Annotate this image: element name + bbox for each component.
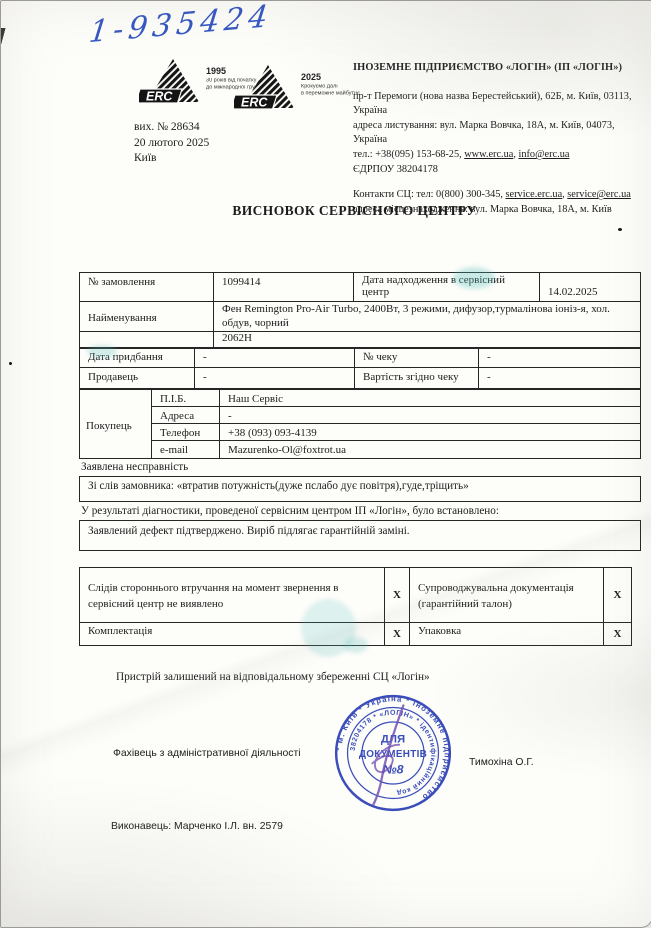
storage-note: Пристрій залишений на відповідальному зб… <box>116 671 430 683</box>
buyer-fullname-label: П.І.Б. <box>152 390 220 407</box>
buyer-email-value: Mazurenko-Ol@foxtrot.ua <box>220 441 640 458</box>
document-title: ВИСНОВОК СЕРВІСНОГО ЦЕНТРУ <box>1 203 651 219</box>
documentation-label: Супроводжувальна документація (гарантійн… <box>410 568 604 623</box>
packaging-mark: X <box>604 623 631 645</box>
buyer-address-value: - <box>220 407 640 424</box>
company-stamp: * м. Київ * Україна * іноземне підприємс… <box>331 691 455 815</box>
logo-caption-line: Крокуємо далі <box>301 84 360 90</box>
diagnostics-heading: У результаті діагностики, проведеної сер… <box>81 505 499 517</box>
link-info-email: info@erc.ua <box>518 149 569 160</box>
erc-logo-2025: ERC 2025 Крокуємо далі в переможне майбу… <box>234 64 365 116</box>
buyer-label: Покупець <box>80 390 152 458</box>
scan-speck <box>9 362 12 365</box>
product-name-value: Фен Remington Pro-Air Turbo, 2400Вт, 3 р… <box>214 302 640 332</box>
check-number-label: № чеку <box>355 348 479 368</box>
link-service-email: service@erc.ua <box>567 189 631 200</box>
claimed-defect-box: Зі слів замовника: «втратив потужність(д… <box>79 476 641 502</box>
executor-line: Виконавець: Марченко І.Л. вн. 2579 <box>111 821 283 832</box>
product-model-value: 2062H <box>214 332 640 348</box>
buyer-fullname-value: Наш Сервіс <box>220 390 640 407</box>
ref-city: Київ <box>134 151 209 167</box>
check-number-value: - <box>479 348 640 368</box>
erc-logo-text: ERC <box>241 96 268 110</box>
link-service-site: service.erc.ua <box>506 189 563 200</box>
scan-speck <box>618 228 622 231</box>
product-name-label: Найменування <box>80 302 214 332</box>
erc-logo-text: ERC <box>146 90 173 104</box>
ink-smudge <box>453 267 495 289</box>
specialist-name: Тимохіна О.Г. <box>469 757 534 768</box>
ref-number: вих. № 28634 <box>134 120 209 136</box>
packaging-label: Упаковка <box>410 623 604 645</box>
seller-label: Продавець <box>80 368 195 388</box>
purchase-date-value: - <box>195 348 355 368</box>
received-date-label: Дата надходження в сервісний центр <box>354 273 540 302</box>
sc-contacts-line: Контакти СЦ: тел: 0(800) 300-345, <box>353 189 506 200</box>
checks-table: Слідів стороннього втручання на момент з… <box>79 567 632 646</box>
handwritten-case-number: 1-935424 <box>87 0 274 50</box>
company-header: ІНОЗЕМНЕ ПІДПРИЄМСТВО «ЛОГІН» (ІП «ЛОГІН… <box>353 61 645 217</box>
order-number-label: № замовлення <box>80 273 214 302</box>
address-line-2: адреса листування: вул. Марка Вовчка, 18… <box>353 120 615 146</box>
no-tampering-mark: X <box>385 568 410 623</box>
documentation-mark: X <box>604 568 631 623</box>
buyer-address-label: Адреса <box>152 407 220 424</box>
buyer-phone-value: +38 (093) 093-4139 <box>220 424 640 441</box>
order-number-value: 1099414 <box>214 273 354 302</box>
company-name: ІНОЗЕМНЕ ПІДПРИЄМСТВО «ЛОГІН» (ІП «ЛОГІН… <box>353 61 645 76</box>
order-table: № замовлення 1099414 Дата надходження в … <box>79 272 641 349</box>
erc-triangle-icon: ERC <box>234 64 296 116</box>
document-page: 1-935424 ERC 1995 30 років від початку д… <box>0 0 651 928</box>
check-cost-value: - <box>479 368 640 388</box>
phone-line: тел.: +38(095) 153-68-25, <box>353 149 464 160</box>
specialist-title: Фахівець з адміністративної діяльності <box>113 748 301 759</box>
purchase-table: Дата придбання - № чеку - Продавець - Ва… <box>79 347 641 389</box>
completeness-mark: X <box>385 623 410 645</box>
logo-caption-line: в переможне майбутнє <box>301 91 360 97</box>
outgoing-ref-block: вих. № 28634 20 лютого 2025 Київ <box>134 120 209 167</box>
address-line-1: пр-т Перемоги (нова назва Берестейський)… <box>353 91 632 117</box>
check-cost-label: Вартість згідно чеку <box>355 368 479 388</box>
received-date-value: 14.02.2025 <box>540 273 640 302</box>
diagnostics-result-box: Заявлений дефект підтверджено. Виріб під… <box>79 520 641 551</box>
buyer-email-label: e-mail <box>152 441 220 458</box>
ref-date: 20 лютого 2025 <box>134 136 209 152</box>
seller-value: - <box>195 368 355 388</box>
claimed-defect-heading: Заявлена несправність <box>81 461 188 473</box>
link-erc-site: www.erc.ua <box>464 149 513 160</box>
erc-triangle-icon: ERC <box>139 58 201 110</box>
company-address-paragraph: пр-т Перемоги (нова назва Берестейський)… <box>353 90 645 178</box>
buyer-phone-label: Телефон <box>152 424 220 441</box>
scan-corner-artifact <box>1 28 8 44</box>
edrpou-code: ЄДРПОУ 38204178 <box>353 164 438 175</box>
buyer-table: Покупець П.І.Б. Наш Сервіс Адреса - Теле… <box>79 389 641 459</box>
ink-smudge <box>344 637 368 653</box>
ink-smudge <box>87 345 117 358</box>
